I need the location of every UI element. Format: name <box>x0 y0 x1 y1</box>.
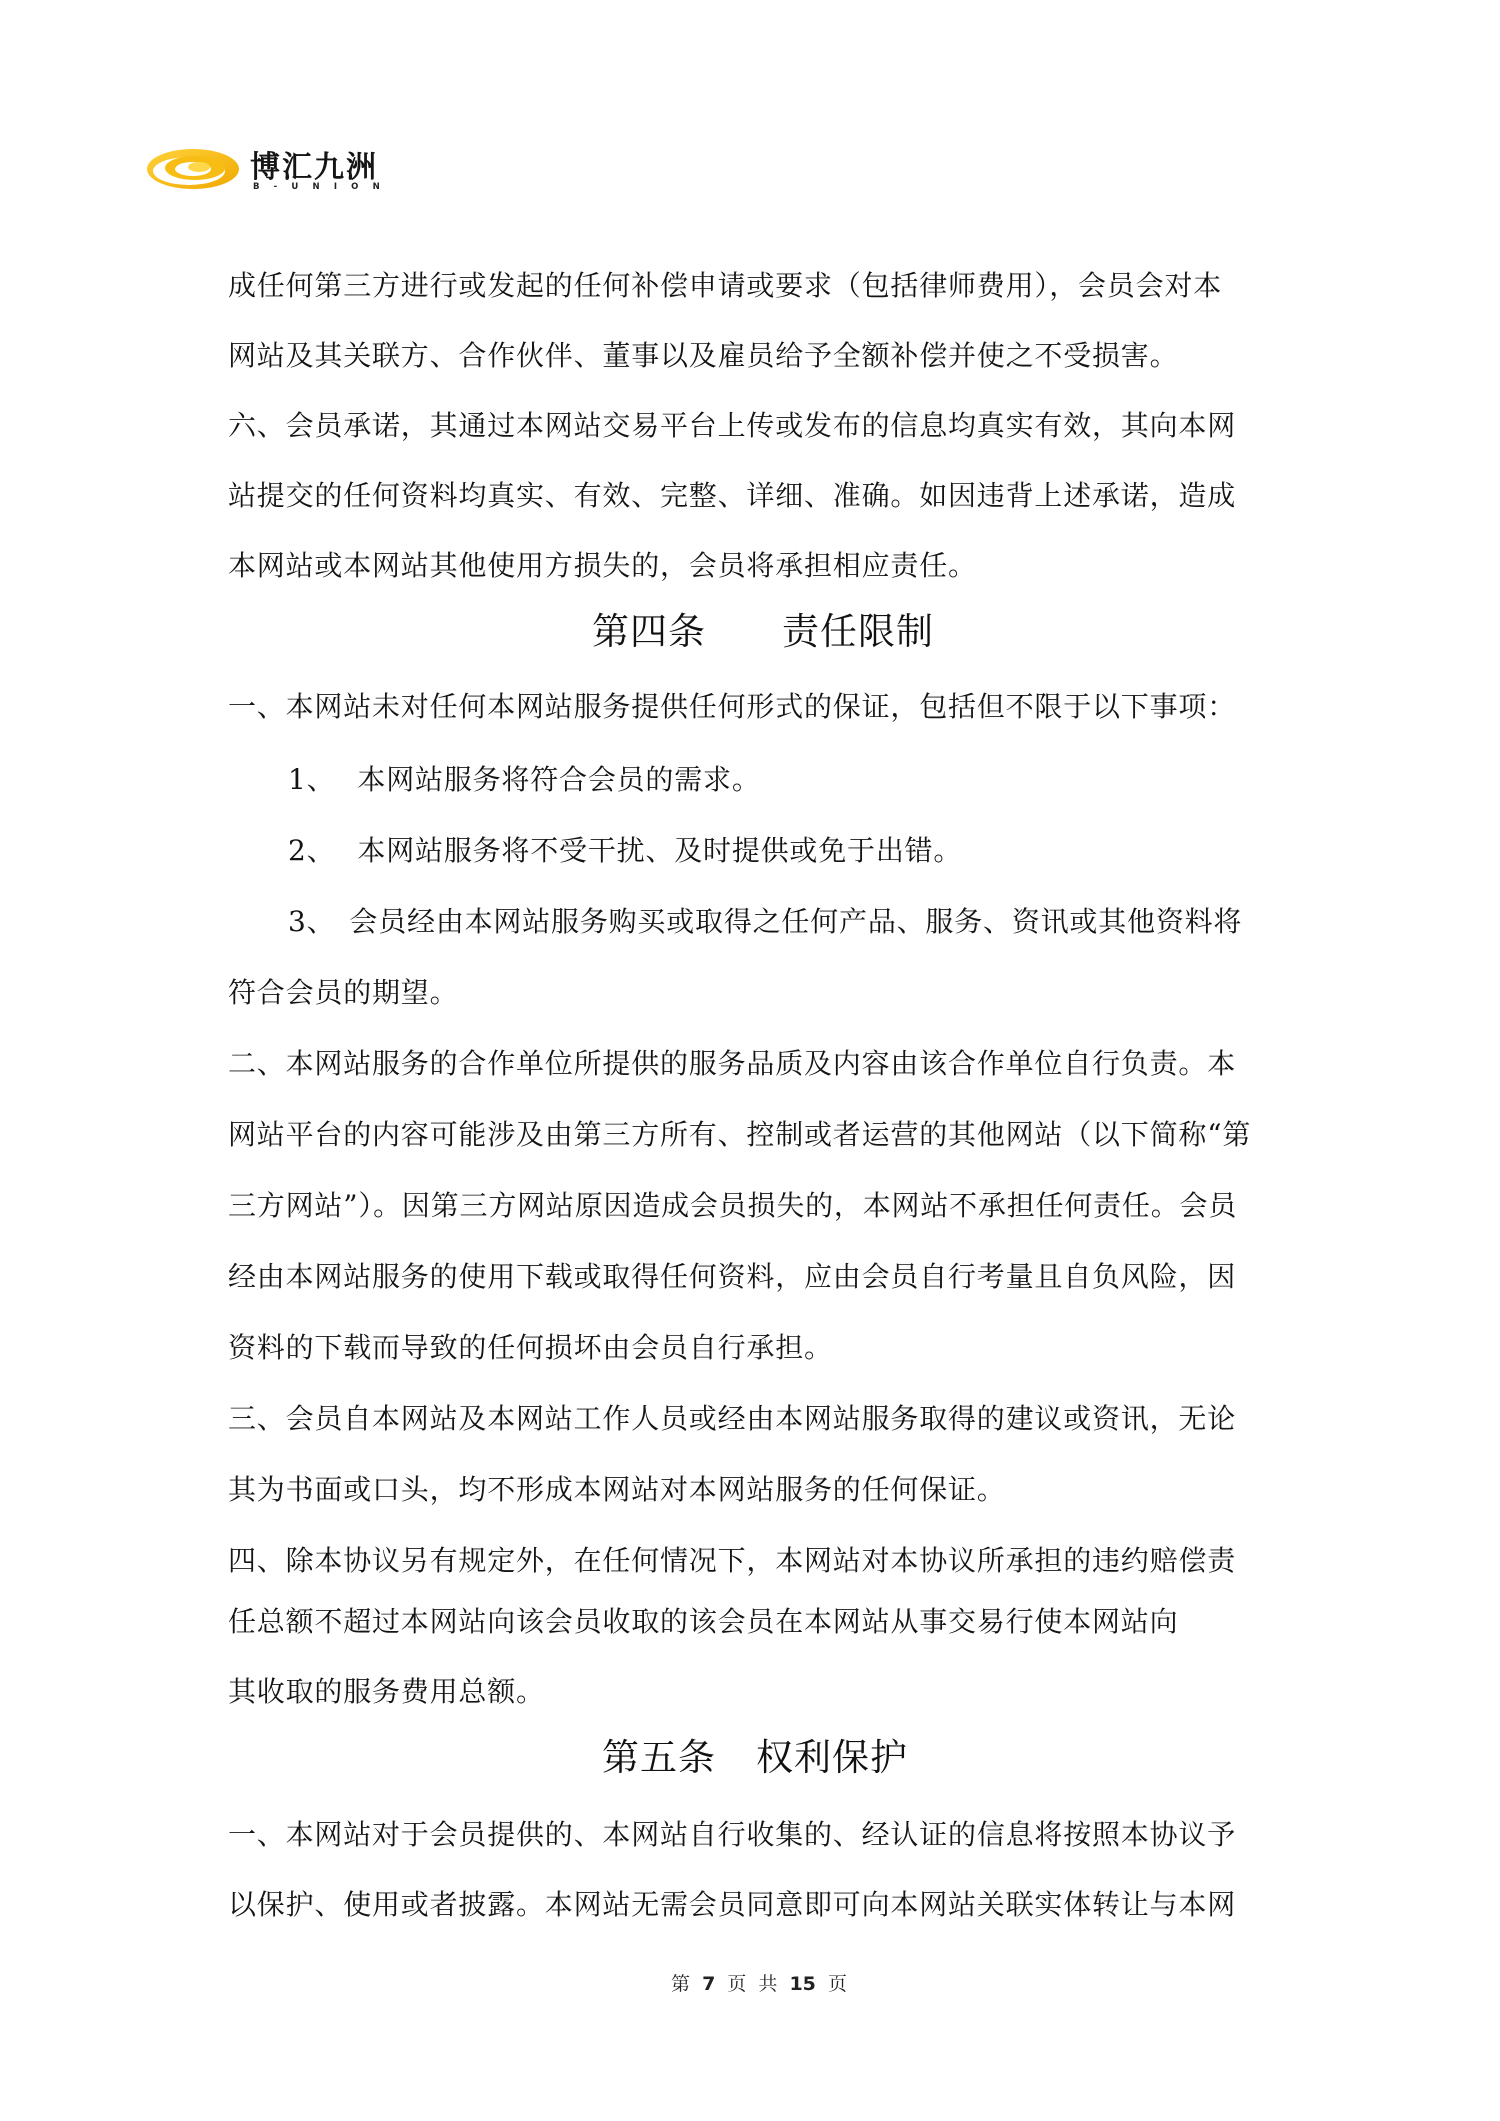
article-5-heading: 第五条权利保护 <box>602 1736 908 1780</box>
list-item: 1、本网站服务将符合会员的需求。 <box>288 762 761 798</box>
paragraph-line: 本网站或本网站其他使用方损失的，会员将承担相应责任。 <box>228 548 977 584</box>
paragraph-line: 符合会员的期望。 <box>228 975 458 1011</box>
list-item-number: 2、 <box>288 834 335 867</box>
list-item-number: 1、 <box>288 763 335 796</box>
page-label-prefix: 第 <box>671 1973 690 1995</box>
paragraph-line: 二、本网站服务的合作单位所提供的服务品质及内容由该合作单位自行负责。本 <box>228 1046 1236 1082</box>
swirl-logo-icon <box>143 147 239 191</box>
paragraph-line: 站提交的任何资料均真实、有效、完整、详细、准确。如因违背上述承诺，造成 <box>228 478 1236 514</box>
list-item-text: 本网站服务将符合会员的需求。 <box>357 763 760 796</box>
paragraph-line: 一、本网站未对任何本网站服务提供任何形式的保证，包括但不限于以下事项： <box>228 689 1236 725</box>
paragraph-line: 其为书面或口头，均不形成本网站对本网站服务的任何保证。 <box>228 1472 1006 1508</box>
page-label-suffix: 页 <box>828 1973 847 1995</box>
paragraph-line: 一、本网站对于会员提供的、本网站自行收集的、经认证的信息将按照本协议予 <box>228 1817 1236 1853</box>
logo-english-name: B-UNION <box>253 182 394 192</box>
page-footer: 第 7 页 共 15 页 <box>0 1969 1500 1996</box>
list-item-text: 本网站服务将不受干扰、及时提供或免于出错。 <box>357 834 962 867</box>
page-total: 15 <box>789 1973 815 1995</box>
page-current: 7 <box>702 1973 715 1995</box>
paragraph-line: 成任何第三方进行或发起的任何补偿申请或要求（包括律师费用），会员会对本 <box>228 268 1222 304</box>
list-item: 3、会员经由本网站服务购买或取得之任何产品、服务、资讯或其他资料将 <box>288 904 1242 940</box>
paragraph-line: 其收取的服务费用总额。 <box>228 1674 545 1710</box>
paragraph-line: 三、会员自本网站及本网站工作人员或经由本网站服务取得的建议或资讯，无论 <box>228 1401 1236 1437</box>
paragraph-line: 资料的下载而导致的任何损坏由会员自行承担。 <box>228 1330 833 1366</box>
paragraph-line: 以保护、使用或者披露。本网站无需会员同意即可向本网站关联实体转让与本网 <box>228 1887 1236 1923</box>
list-item-number: 3、 <box>288 905 335 938</box>
paragraph-line: 四、除本协议另有规定外，在任何情况下，本网站对本协议所承担的违约赔偿责 <box>228 1543 1236 1579</box>
list-item: 2、本网站服务将不受干扰、及时提供或免于出错。 <box>288 833 962 869</box>
article-5-number: 第五条 <box>602 1736 716 1779</box>
paragraph-line: 三方网站”）。因第三方网站原因造成会员损失的，本网站不承担任何责任。会员 <box>228 1188 1237 1224</box>
paragraph-line: 任总额不超过本网站向该会员收取的该会员在本网站从事交易行使本网站向 <box>228 1604 1178 1640</box>
article-4-number: 第四条 <box>592 610 706 653</box>
article-5-title: 权利保护 <box>756 1736 908 1779</box>
paragraph-line: 六、会员承诺，其通过本网站交易平台上传或发布的信息均真实有效，其向本网 <box>228 408 1236 444</box>
company-logo: 博汇九洲 B-UNION <box>140 144 420 198</box>
paragraph-line: 经由本网站服务的使用下载或取得任何资料，应由会员自行考量且自负风险，因 <box>228 1259 1236 1295</box>
paragraph-line: 网站及其关联方、合作伙伴、董事以及雇员给予全额补偿并使之不受损害。 <box>228 338 1178 374</box>
article-4-title: 责任限制 <box>782 610 934 653</box>
article-4-heading: 第四条责任限制 <box>592 610 934 654</box>
page-label-mid: 页 共 <box>727 1973 777 1995</box>
list-item-text: 会员经由本网站服务购买或取得之任何产品、服务、资讯或其他资料将 <box>349 905 1242 938</box>
paragraph-line: 网站平台的内容可能涉及由第三方所有、控制或者运营的其他网站（以下简称“第 <box>228 1117 1251 1153</box>
logo-chinese-name: 博汇九洲 <box>250 142 378 186</box>
document-page: 博汇九洲 B-UNION 成任何第三方进行或发起的任何补偿申请或要求（包括律师费… <box>0 0 1500 2121</box>
